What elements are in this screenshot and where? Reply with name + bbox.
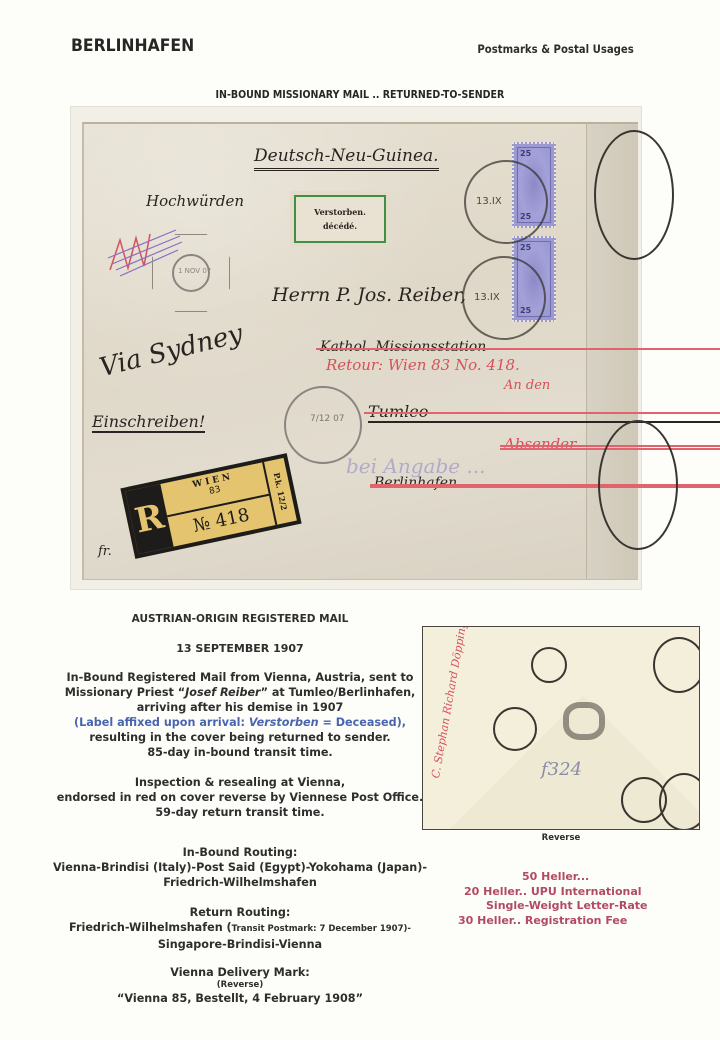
verstorben-label-line1: Verstorben. xyxy=(314,207,366,217)
rate-registration-fee: 30 Heller.. Registration Fee xyxy=(458,914,688,929)
vienna-delivery-postmark xyxy=(493,707,537,751)
cover-date-block: 13 SEPTEMBER 1907 xyxy=(40,641,440,656)
yokohama-postmark-date: 1 NOV 07 xyxy=(178,267,211,275)
an-den-note: An den xyxy=(504,378,550,393)
verstorben-label-line2: décédé. xyxy=(323,221,357,231)
cover-reverse-image: C. Stephan Richard Döpping / St. Gabriel… xyxy=(422,626,700,830)
mission-station-struck: Kathol. Missionsstation xyxy=(320,339,720,355)
via-routing-note: Via Sydney xyxy=(97,319,246,384)
friedrich-wilhelmshafen-postmark xyxy=(284,386,362,464)
registered-endorsement: Einschreiben! xyxy=(92,412,205,433)
reverse-caption: Reverse xyxy=(422,833,700,843)
red-endorsement: C. Stephan Richard Döpping / St. Gabriel xyxy=(429,626,482,779)
fr-note: fr. xyxy=(98,544,112,559)
label-annotation: (Label affixed upon arrival: Verstorben … xyxy=(40,715,440,730)
postage-rate-breakdown: 50 Heller... 20 Heller.. UPU Internation… xyxy=(458,870,688,928)
rate-upu-letter-cont: Single-Weight Letter-Rate xyxy=(458,899,688,914)
description-paragraph-1: In-Bound Registered Mail from Vienna, Au… xyxy=(40,670,440,760)
smudged-seal xyxy=(563,702,605,740)
rate-total: 50 Heller... xyxy=(458,870,688,885)
inbound-routing: In-Bound Routing: Vienna-Brindisi (Italy… xyxy=(40,845,440,890)
reverse-postmark-top xyxy=(531,647,567,683)
return-routing: Return Routing: Friedrich-Wilhelmshafen … xyxy=(40,905,440,952)
cover-date: 13 SEPTEMBER 1907 xyxy=(40,641,440,656)
vienna-cancel-1-date: 13.IX xyxy=(476,196,502,207)
inspection-seal-bottom xyxy=(598,420,678,550)
destination-line: Deutsch-Neu-Guinea. xyxy=(254,146,439,171)
description-heading-block: AUSTRIAN-ORIGIN REGISTERED MAIL xyxy=(40,612,440,627)
tumleo-struck: Tumleo xyxy=(368,402,720,423)
fwh-postmark-date: 7/12 07 xyxy=(310,414,345,424)
addressee: Herrn P. Jos. Reiber, xyxy=(272,284,466,306)
faint-pencil-note: bei Angabe ... xyxy=(346,454,486,478)
description-heading: AUSTRIAN-ORIGIN REGISTERED MAIL xyxy=(40,612,440,627)
vienna-delivery-mark: Vienna Delivery Mark: (Reverse) “Vienna … xyxy=(40,965,440,1006)
album-page-title: BERLINHAFEN xyxy=(71,36,194,56)
pencil-note: f324 xyxy=(541,759,582,780)
rate-upu-letter: 20 Heller.. UPU International xyxy=(458,885,688,900)
return-endorsement: Retour: Wien 83 No. 418. xyxy=(326,356,520,374)
section-title: IN-BOUND MISSIONARY MAIL .. RETURNED-TO-… xyxy=(0,88,720,101)
album-page-subtitle: Postmarks & Postal Usages xyxy=(478,42,634,56)
inspection-seal-top xyxy=(594,130,674,260)
vienna-cancel-2-date: 13.IX xyxy=(474,292,500,303)
honorific: Hochwürden xyxy=(146,192,244,210)
reverse-seal-top xyxy=(653,637,700,693)
description-paragraph-2: Inspection & resealing at Vienna, endors… xyxy=(40,775,440,820)
verstorben-label: Verstorben. décédé. xyxy=(290,191,390,247)
reverse-seal-bottom xyxy=(659,773,700,830)
